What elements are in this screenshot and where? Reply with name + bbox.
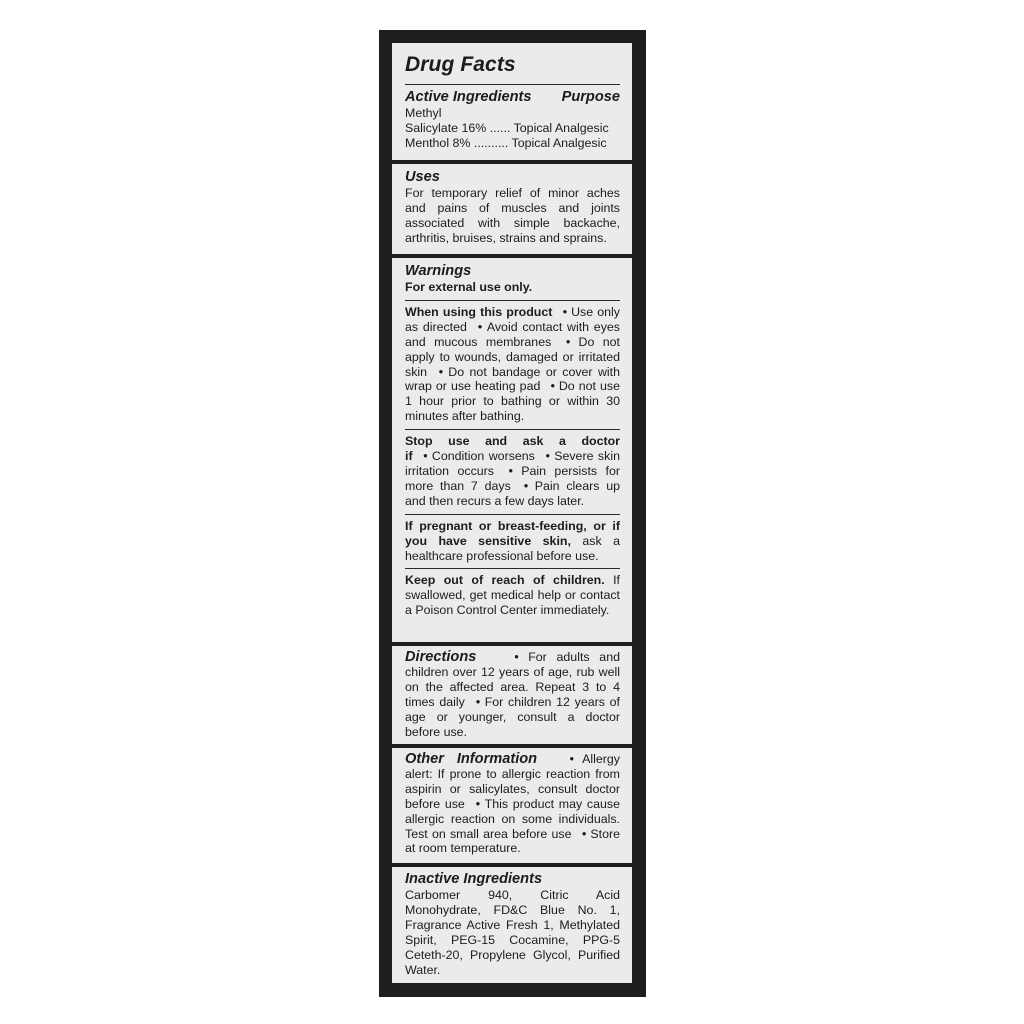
uses-text: For temporary relief of minor aches and … [405,186,620,246]
external-use-warning: For external use only. [405,280,620,295]
active-ingredient-line: Methyl [405,106,620,121]
children-block: Keep out of reach of children. If swallo… [405,569,620,621]
active-ingredients-heading: Active Ingredients [405,89,532,106]
when-using-block: When using this product Use only as dire… [405,301,620,427]
title-rule [405,84,620,85]
active-ingredients-section: Drug Facts Active Ingredients Purpose Me… [392,43,632,160]
inactive-ingredients-text: Carbomer 940, Citric Acid Monohydrate, F… [405,888,620,977]
drug-facts-panel: Drug Facts Active Ingredients Purpose Me… [392,43,632,983]
other-information-heading: Other Information [405,751,537,767]
bullet-item: Condition worsens [417,449,535,463]
pregnancy-block: If pregnant or breast-feeding, or if you… [405,515,620,567]
active-ingredient-line: Menthol 8% .......... Topical Analgesic [405,136,620,151]
uses-heading: Uses [405,169,620,186]
directions-section: Directions For adults and children over … [392,646,632,744]
when-using-heading: When using this product [405,305,552,319]
purpose-heading: Purpose [562,89,620,106]
inactive-ingredients-section: Inactive Ingredients Carbomer 940, Citri… [392,867,632,983]
other-information-section: Other Information Allergy alert: If pron… [392,748,632,863]
uses-section: Uses For temporary relief of minor aches… [392,164,632,254]
children-warning-bold: Keep out of reach of children. [405,573,605,587]
warnings-heading: Warnings [405,263,620,280]
drug-facts-label: Drug Facts Active Ingredients Purpose Me… [379,30,646,997]
inactive-ingredients-heading: Inactive Ingredients [405,871,620,888]
stop-use-block: Stop use and ask a doctor if Condition w… [405,430,620,512]
active-ingredient-line: Salicylate 16% ...... Topical Analgesic [405,121,620,136]
drug-facts-title: Drug Facts [405,52,620,78]
directions-heading: Directions [405,649,476,665]
warnings-section: Warnings For external use only. When usi… [392,258,632,642]
